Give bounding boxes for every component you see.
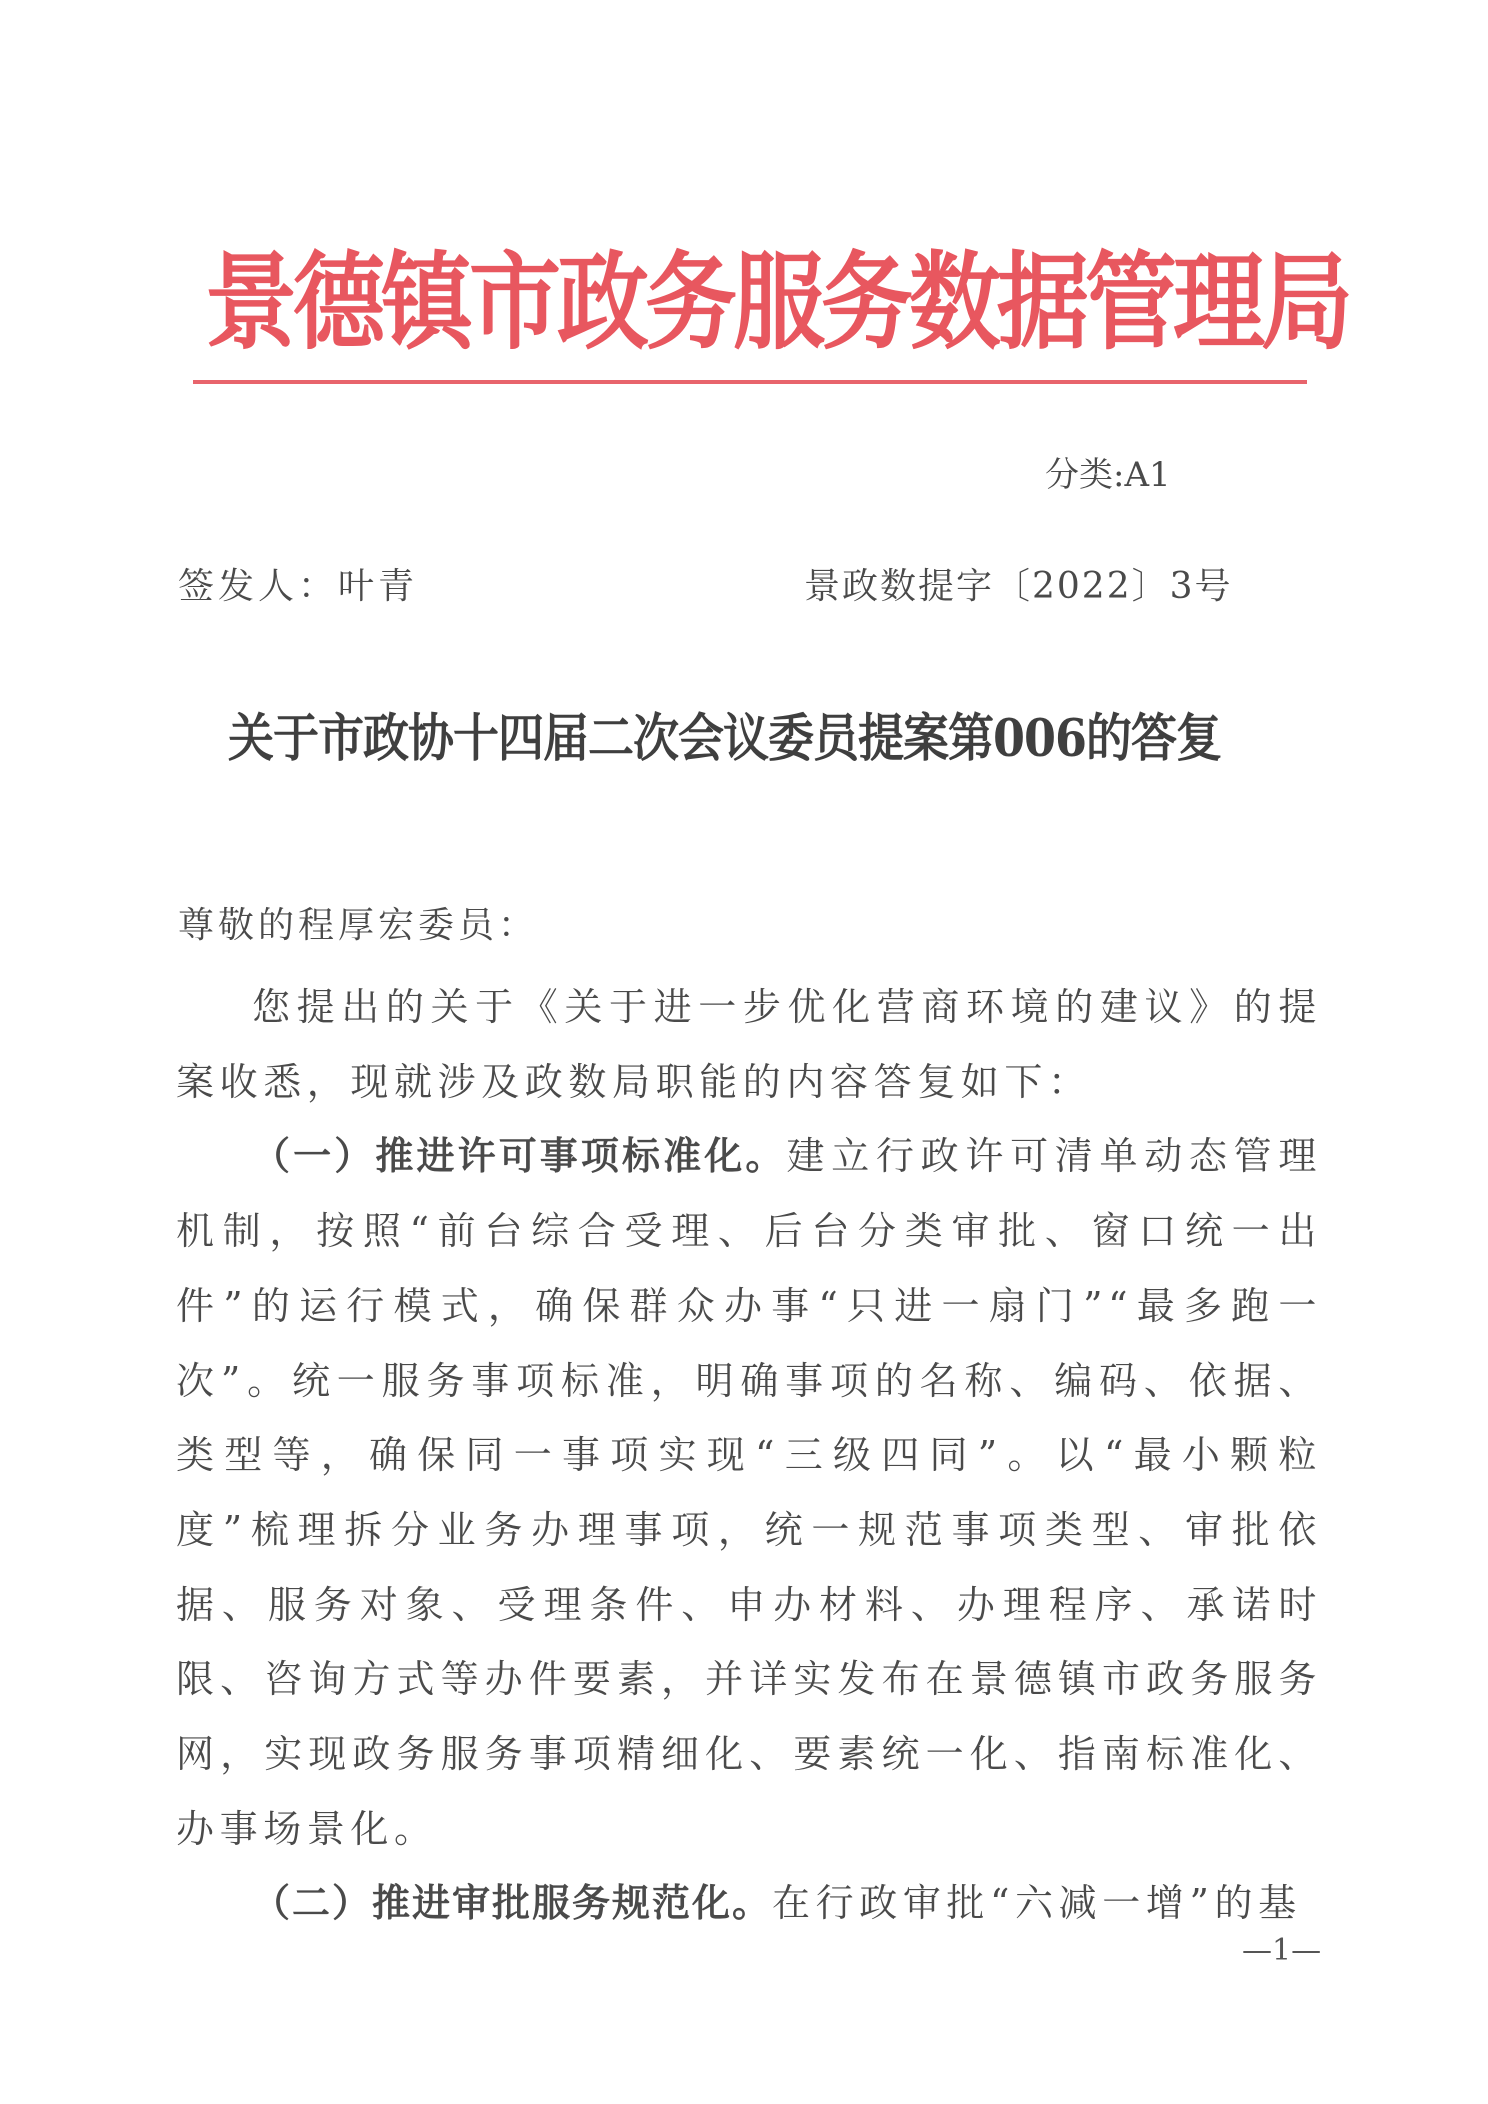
paragraph-section-1: （一）推进许可事项标准化。建立行政许可清单动态管理机制，按照“前台综合受理、后台… xyxy=(176,1119,1322,1866)
salutation: 尊敬的程厚宏委员： xyxy=(178,897,538,948)
section-heading: （二）推进审批服务规范化。 xyxy=(252,1881,772,1925)
document-title: 关于市政协十四届二次会议委员提案第006的答复 xyxy=(228,698,1221,772)
section-heading: （一）推进许可事项标准化。 xyxy=(252,1134,787,1178)
paragraph-text: 建立行政许可清单动态管理机制，按照“前台综合受理、后台分类审批、窗口统一出件”的… xyxy=(176,1134,1322,1850)
page-number: —1— xyxy=(1242,1933,1321,1968)
paragraph-intro: 您提出的关于《关于进一步优化营商环境的建议》的提案收悉，现就涉及政数局职能的内容… xyxy=(176,970,1322,1119)
issuer-label: 签发人：叶青 xyxy=(178,558,418,609)
classification-label: 分类:A1 xyxy=(1045,447,1171,496)
document-number: 景政数提字〔2022〕3号 xyxy=(804,558,1233,609)
paragraph-text: 您提出的关于《关于进一步优化营商环境的建议》的提案收悉，现就涉及政数局职能的内容… xyxy=(176,985,1322,1104)
letterhead-red-rule xyxy=(193,380,1307,384)
document-body: 您提出的关于《关于进一步优化营商环境的建议》的提案收悉，现就涉及政数局职能的内容… xyxy=(176,970,1322,1941)
paragraph-text: 在行政审批“六减一增”的基 xyxy=(772,1881,1302,1925)
paragraph-section-2: （二）推进审批服务规范化。在行政审批“六减一增”的基 xyxy=(176,1866,1322,1941)
letterhead-org-name: 景德镇市政务服务数据管理局 xyxy=(205,218,1295,370)
